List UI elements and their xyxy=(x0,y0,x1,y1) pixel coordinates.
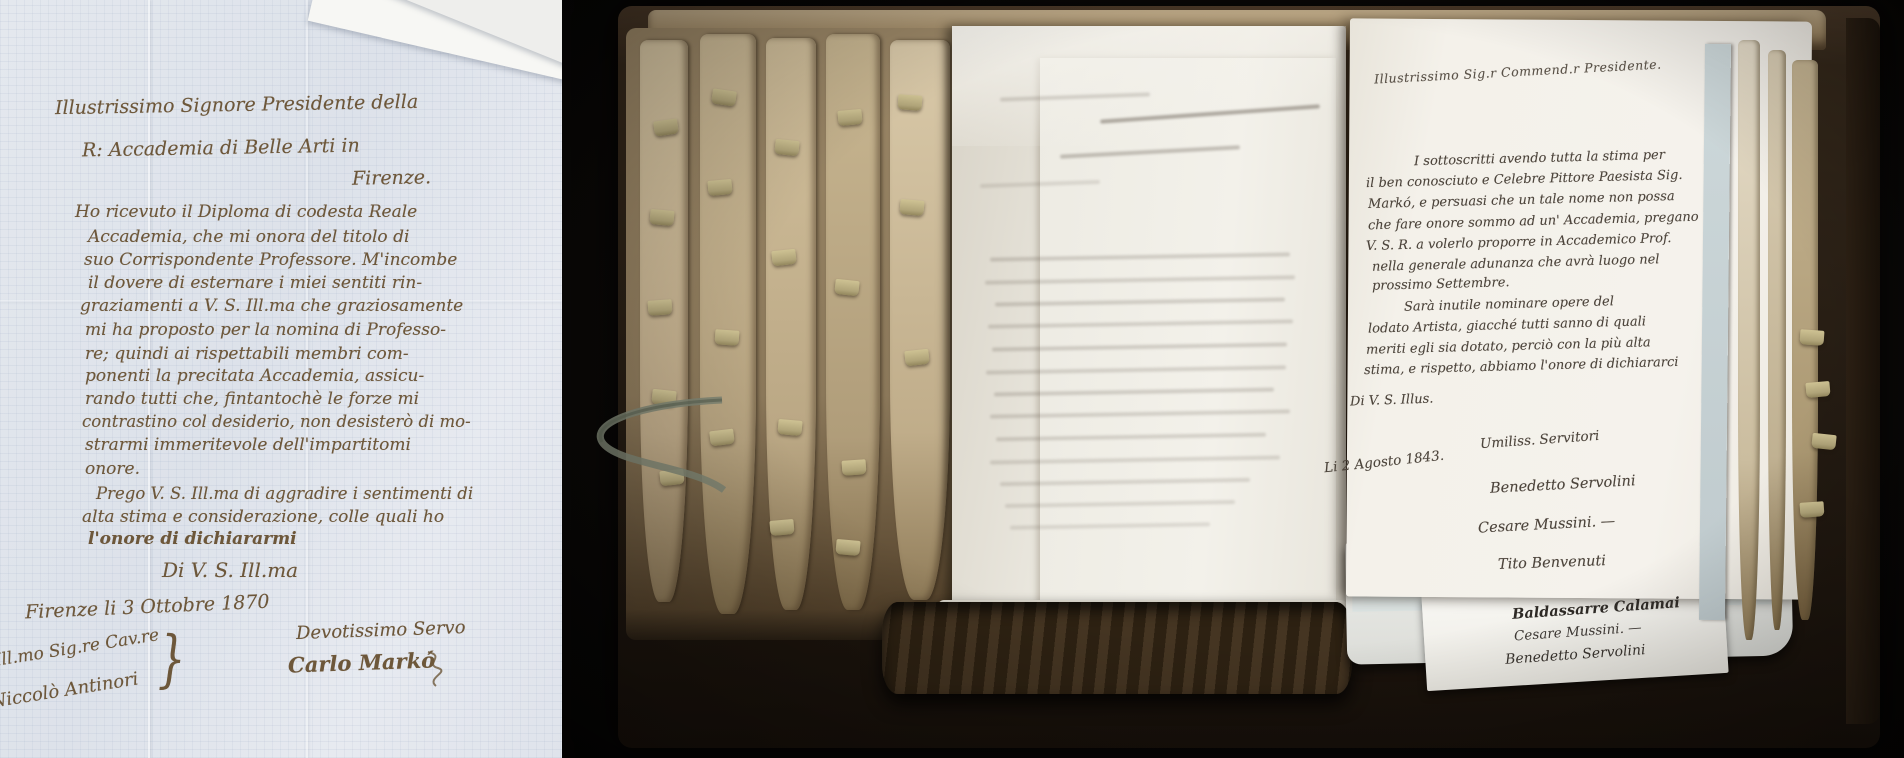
letter-body-line: graziamenti a V. S. Ill.ma che graziosam… xyxy=(80,298,463,315)
letter-closing-line: alta stima e considerazione, colle quali… xyxy=(82,509,444,526)
letter-photo-1870: Illustrissimo Signore Presidente della R… xyxy=(0,0,562,758)
page-fold-highlight xyxy=(952,26,1346,146)
letter-body-line: il dovere di esternare i miei sentiti ri… xyxy=(88,275,422,292)
letter-closing-line: Prego V. S. Ill.ma di aggradire i sentim… xyxy=(96,486,473,503)
letter-body-line: rando tutti che, fintantochè le forze mi xyxy=(85,391,419,408)
paper-tab xyxy=(904,349,929,366)
letter-body-line: re; quindi ai rispettabili membri com- xyxy=(85,346,409,363)
paper-tab xyxy=(715,329,740,346)
book-letter-line: prossimo Settembre. xyxy=(1372,276,1510,293)
paper-tab xyxy=(711,88,737,106)
letter-heading-line: Illustrissimo Signore Presidente della xyxy=(55,93,418,118)
binding-cord xyxy=(572,370,742,540)
paper-tab xyxy=(1805,381,1830,398)
letter-closing-line: l'onore di dichiararmi xyxy=(88,531,297,548)
paper-tab xyxy=(1800,501,1825,518)
letter-addressee-line: Niccolò Antinori xyxy=(0,670,140,711)
paper-tab xyxy=(771,249,796,266)
letter-formula: Di V. S. Ill.ma xyxy=(162,560,298,580)
paper-tab xyxy=(837,109,862,126)
addressee-brace: } xyxy=(158,628,186,690)
letter-body-line: Ho ricevuto il Diploma di codesta Reale xyxy=(75,204,417,221)
paper-tab xyxy=(774,139,799,156)
letter-body-line: onore. xyxy=(85,461,140,478)
composite-archive-photo: Illustrissimo Signore Presidente della R… xyxy=(0,0,1904,758)
letter-heading-line: R: Accademia di Belle Arti in xyxy=(82,137,360,161)
letter-body-line: strarmi immeritevole dell'impartitomi xyxy=(85,437,411,454)
paper-tab xyxy=(835,539,860,556)
letter-body-line: suo Corrispondente Professore. M'incombe xyxy=(84,252,457,269)
fore-edge-strip xyxy=(1768,50,1786,630)
paper-tab xyxy=(1800,329,1825,346)
paper-tab xyxy=(777,419,802,436)
signature-flourish xyxy=(420,648,454,690)
book-spine-bottom xyxy=(882,602,1352,694)
letter-body-line: Accademia, che mi onora del titolo di xyxy=(88,229,409,246)
archive-book-photo xyxy=(562,0,1904,758)
paper-tab xyxy=(842,459,867,476)
letter-valediction: Devotissimo Servo xyxy=(296,619,466,643)
letter-dateline: Firenze li 3 Ottobre 1870 xyxy=(25,593,270,623)
paper-tab xyxy=(648,299,673,316)
paper-tab xyxy=(899,199,924,216)
paper-tab xyxy=(834,279,859,296)
letter-body-line: contrastino col desiderio, non desisterò… xyxy=(82,414,471,431)
letter-addressee-line: Ill.mo Sig.re Cav.re xyxy=(0,627,160,670)
page-stub xyxy=(890,40,950,600)
book-letter-signature: Tito Benvenuti xyxy=(1498,554,1606,572)
paper-tab xyxy=(1811,433,1836,450)
letter-signature-carlo-marko: Carlo Markó xyxy=(288,649,436,675)
paper-tab xyxy=(649,209,674,226)
paper-tab xyxy=(769,519,794,536)
book-board-edge xyxy=(1846,18,1880,724)
paper-tab xyxy=(898,94,923,111)
letter-body-line: mi ha proposto per la nomina di Professo… xyxy=(85,322,446,339)
letter-heading-line: Firenze. xyxy=(352,168,431,188)
fore-edge-strip xyxy=(1738,40,1760,640)
paper-tab xyxy=(707,179,732,196)
book-letter-formula: Di V. S. Illus. xyxy=(1350,393,1434,409)
letter-body-line: ponenti la precitata Accademia, assicu- xyxy=(85,368,424,385)
